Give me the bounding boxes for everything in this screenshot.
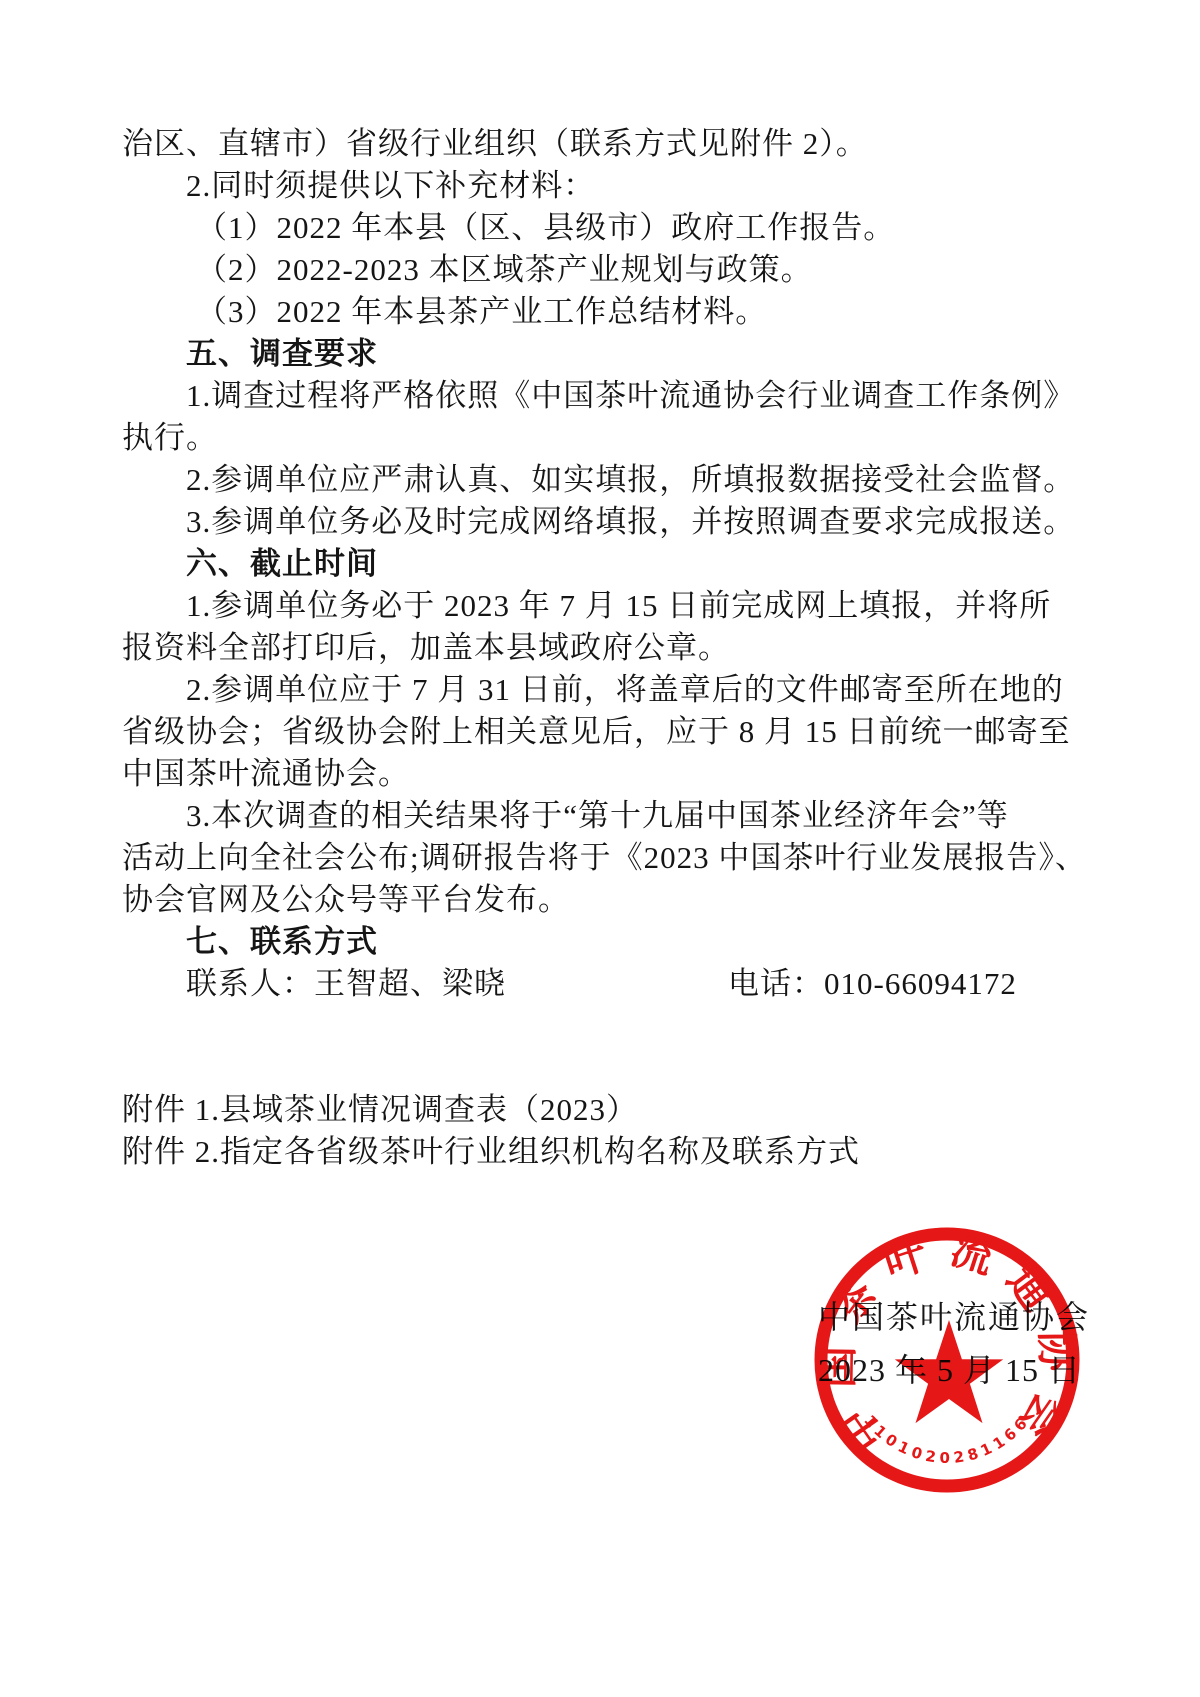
- text-line: 2.参调单位应于 7 月 31 日前，将盖章后的文件邮寄至所在地的: [122, 669, 1092, 711]
- contact-person-text: 联系人：王智超、梁晓: [186, 966, 506, 1001]
- document-page: 治区、直辖市）省级行业组织（联系方式见附件 2）。2.同时须提供以下补充材料：（…: [0, 0, 1200, 1697]
- text-line: 联系人：王智超、梁晓电话：010-66094172: [122, 963, 1092, 1005]
- text-line: 3.本次调查的相关结果将于“第十九届中国茶业经济年会”等: [122, 795, 1092, 837]
- section-heading: 七、联系方式: [122, 921, 1092, 963]
- text-line: 附件 2.指定各省级茶叶行业组织机构名称及联系方式: [122, 1131, 1092, 1173]
- text-line: 治区、直辖市）省级行业组织（联系方式见附件 2）。: [122, 123, 1092, 165]
- text-line: 3.参调单位务必及时完成网络填报，并按照调查要求完成报送。: [122, 501, 1092, 543]
- seal-star-icon: [895, 1320, 1003, 1423]
- text-line: 活动上向全社会公布;调研报告将于《2023 中国茶叶行业发展报告》、: [122, 837, 1092, 879]
- text-line: [122, 1047, 1092, 1089]
- text-line: 执行。: [122, 417, 1092, 459]
- text-line: （3）2022 年本县茶产业工作总结材料。: [122, 291, 1092, 333]
- section-heading: 六、截止时间: [122, 543, 1092, 585]
- text-line: 2.同时须提供以下补充材料：: [122, 165, 1092, 207]
- phone-number-text: 电话：010-66094172: [728, 963, 1017, 1005]
- section-heading: 五、调查要求: [122, 333, 1092, 375]
- text-line: 协会官网及公众号等平台发布。: [122, 879, 1092, 921]
- text-line: 省级协会；省级协会附上相关意见后，应于 8 月 15 日前统一邮寄至: [122, 711, 1092, 753]
- text-line: 1.调查过程将严格依照《中国茶叶流通协会行业调查工作条例》: [122, 375, 1092, 417]
- seal-graphic: 中国茶叶流通协会 1101020281166: [800, 1213, 1100, 1513]
- text-line: 2.参调单位应严肃认真、如实填报，所填报数据接受社会监督。: [122, 459, 1092, 501]
- document-lines: 治区、直辖市）省级行业组织（联系方式见附件 2）。2.同时须提供以下补充材料：（…: [122, 123, 1092, 1173]
- seal-serial-number: 1101020281166: [860, 1412, 1033, 1467]
- text-line: [122, 1005, 1092, 1047]
- text-line: 附件 1.县域茶业情况调查表（2023）: [122, 1089, 1092, 1131]
- text-line: （1）2022 年本县（区、县级市）政府工作报告。: [122, 207, 1092, 249]
- text-line: （2）2022-2023 本区域茶产业规划与政策。: [122, 249, 1092, 291]
- official-seal-stamp: 中国茶叶流通协会 1101020281166: [800, 1213, 1100, 1513]
- text-line: 1.参调单位务必于 2023 年 7 月 15 日前完成网上填报，并将所: [122, 585, 1092, 627]
- text-line: 报资料全部打印后，加盖本县域政府公章。: [122, 627, 1092, 669]
- text-line: 中国茶叶流通协会。: [122, 753, 1092, 795]
